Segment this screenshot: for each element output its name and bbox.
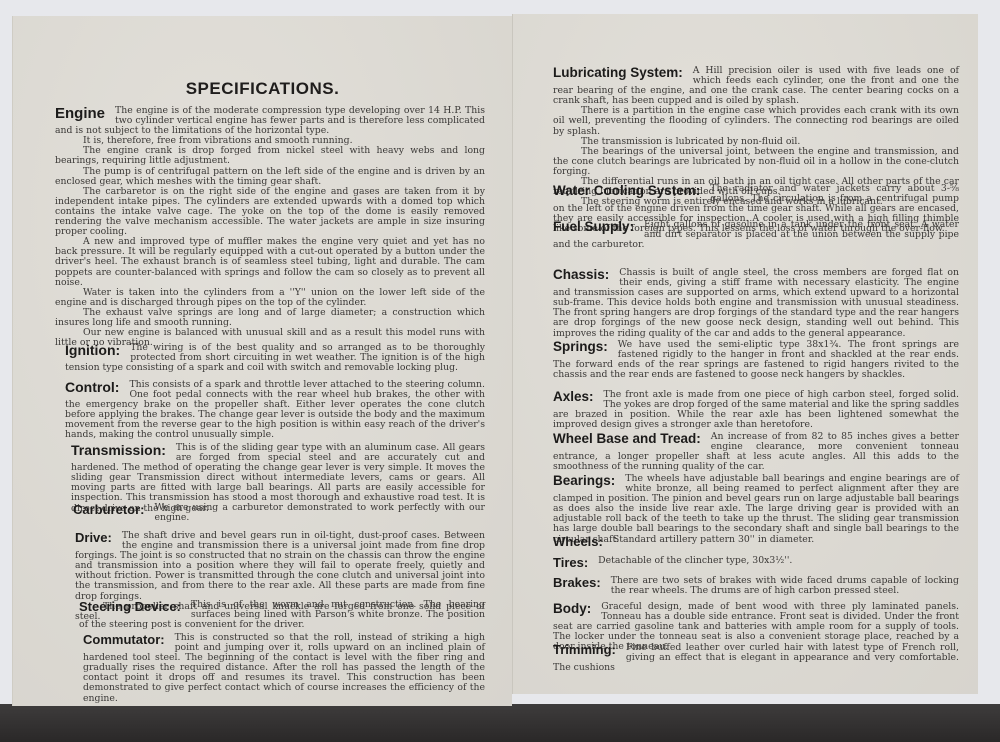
- spec-heading: Ignition:: [65, 343, 120, 357]
- spec-paragraph: A new and improved type of muffler makes…: [55, 237, 485, 287]
- spec-paragraph: Chassis is built of angle steel, the cro…: [553, 268, 959, 339]
- spec-section-brakes: Brakes:There are two sets of brakes with…: [553, 576, 959, 596]
- spec-paragraph: We have used the semi-eliptic type 38x1¾…: [553, 340, 959, 380]
- spec-paragraph: Water is taken into the cylinders from a…: [55, 288, 485, 308]
- right-page: Lubricating System:A Hill precision oile…: [512, 14, 978, 694]
- spec-heading: Wheel Base and Tread:: [553, 432, 701, 446]
- spec-section-wheels: Wheels:Standard artillery pattern 30'' i…: [553, 535, 959, 548]
- spec-section-axles: Axles:The front axle is made from one pi…: [553, 390, 959, 430]
- spec-heading: Body:: [553, 602, 591, 616]
- spec-heading: Transmission:: [71, 443, 166, 457]
- spec-paragraph: The wiring is of the best quality and so…: [65, 343, 485, 373]
- spec-heading: Springs:: [553, 340, 608, 354]
- spec-heading: Lubricating System:: [553, 66, 683, 80]
- spec-heading: Trimming:: [553, 643, 616, 656]
- left-page: SPECIFICATIONS. EngineThe engine is of t…: [12, 16, 512, 706]
- page-title: SPECIFICATIONS.: [13, 79, 512, 99]
- spec-heading: Axles:: [553, 390, 594, 404]
- spec-section-chassis: Chassis:Chassis is built of angle steel,…: [553, 268, 959, 339]
- spec-section-control: Control:This consists of a spark and thr…: [65, 380, 485, 441]
- spec-paragraph: The bearings of the universal joint, bet…: [553, 147, 959, 177]
- spec-heading: Control:: [65, 380, 119, 394]
- spec-paragraph: There are two sets of brakes with wide f…: [553, 576, 959, 596]
- spec-paragraph: There is a partition in the engine case …: [553, 106, 959, 136]
- spec-heading: Brakes:: [553, 576, 601, 589]
- spec-section-trimming: Trimming:Fine buffed leather over curled…: [553, 643, 959, 673]
- spec-heading: Drive:: [75, 531, 112, 544]
- spec-paragraph: The front axle is made from one piece of…: [553, 390, 959, 430]
- spec-heading: Fuel Supply:: [553, 220, 634, 234]
- spec-section-carburetor: Carburetor:We are using a carburetor dem…: [73, 503, 485, 523]
- spec-section-wheel-base-and-tread: Wheel Base and Tread:An increase of from…: [553, 432, 959, 472]
- spec-heading: Commutator:: [83, 633, 165, 646]
- spec-heading: Steering Device:: [79, 600, 181, 613]
- spec-heading: Water Cooling System:: [553, 184, 700, 198]
- spec-heading: Wheels:: [553, 535, 603, 548]
- spec-heading: Bearings:: [553, 474, 615, 488]
- spec-paragraph: The pump is of centrifugal pattern on th…: [55, 167, 485, 187]
- spec-paragraph: The engine crank is drop forged from nic…: [55, 146, 485, 166]
- spec-section-tires: Tires:Detachable of the clincher type, 3…: [553, 556, 959, 569]
- spec-heading: Chassis:: [553, 268, 609, 282]
- table-surface: [0, 704, 1000, 742]
- spec-section-springs: Springs:We have used the semi-eliptic ty…: [553, 340, 959, 380]
- spec-heading: Carburetor:: [73, 503, 145, 516]
- spec-section-commutator: Commutator:This is constructed so that t…: [83, 633, 485, 704]
- spec-paragraph: The exhaust valve springs are long and o…: [55, 308, 485, 328]
- spec-section-fuel-supply: Fuel Supply:Eight gallons of gasoline in…: [553, 220, 959, 250]
- spec-paragraph: The engine is of the moderate compressio…: [55, 106, 485, 136]
- spec-paragraph: Detachable of the clincher type, 30x3½''…: [553, 556, 959, 566]
- spec-section-engine: EngineThe engine is of the moderate comp…: [55, 106, 485, 348]
- spec-paragraph: The shaft drive and bevel gears run in o…: [75, 531, 485, 602]
- spec-section-steering-device: Steering Device:This is of the worm and …: [79, 600, 485, 630]
- spec-section-ignition: Ignition:The wiring is of the best quali…: [65, 343, 485, 373]
- spec-paragraph: The carbaretor is on the right side of t…: [55, 187, 485, 237]
- spec-paragraph: Standard artillery pattern 30'' in diame…: [553, 535, 959, 545]
- spec-paragraph: This consists of a spark and throttle le…: [65, 380, 485, 441]
- spec-heading: Engine: [55, 106, 105, 121]
- spec-heading: Tires:: [553, 556, 588, 569]
